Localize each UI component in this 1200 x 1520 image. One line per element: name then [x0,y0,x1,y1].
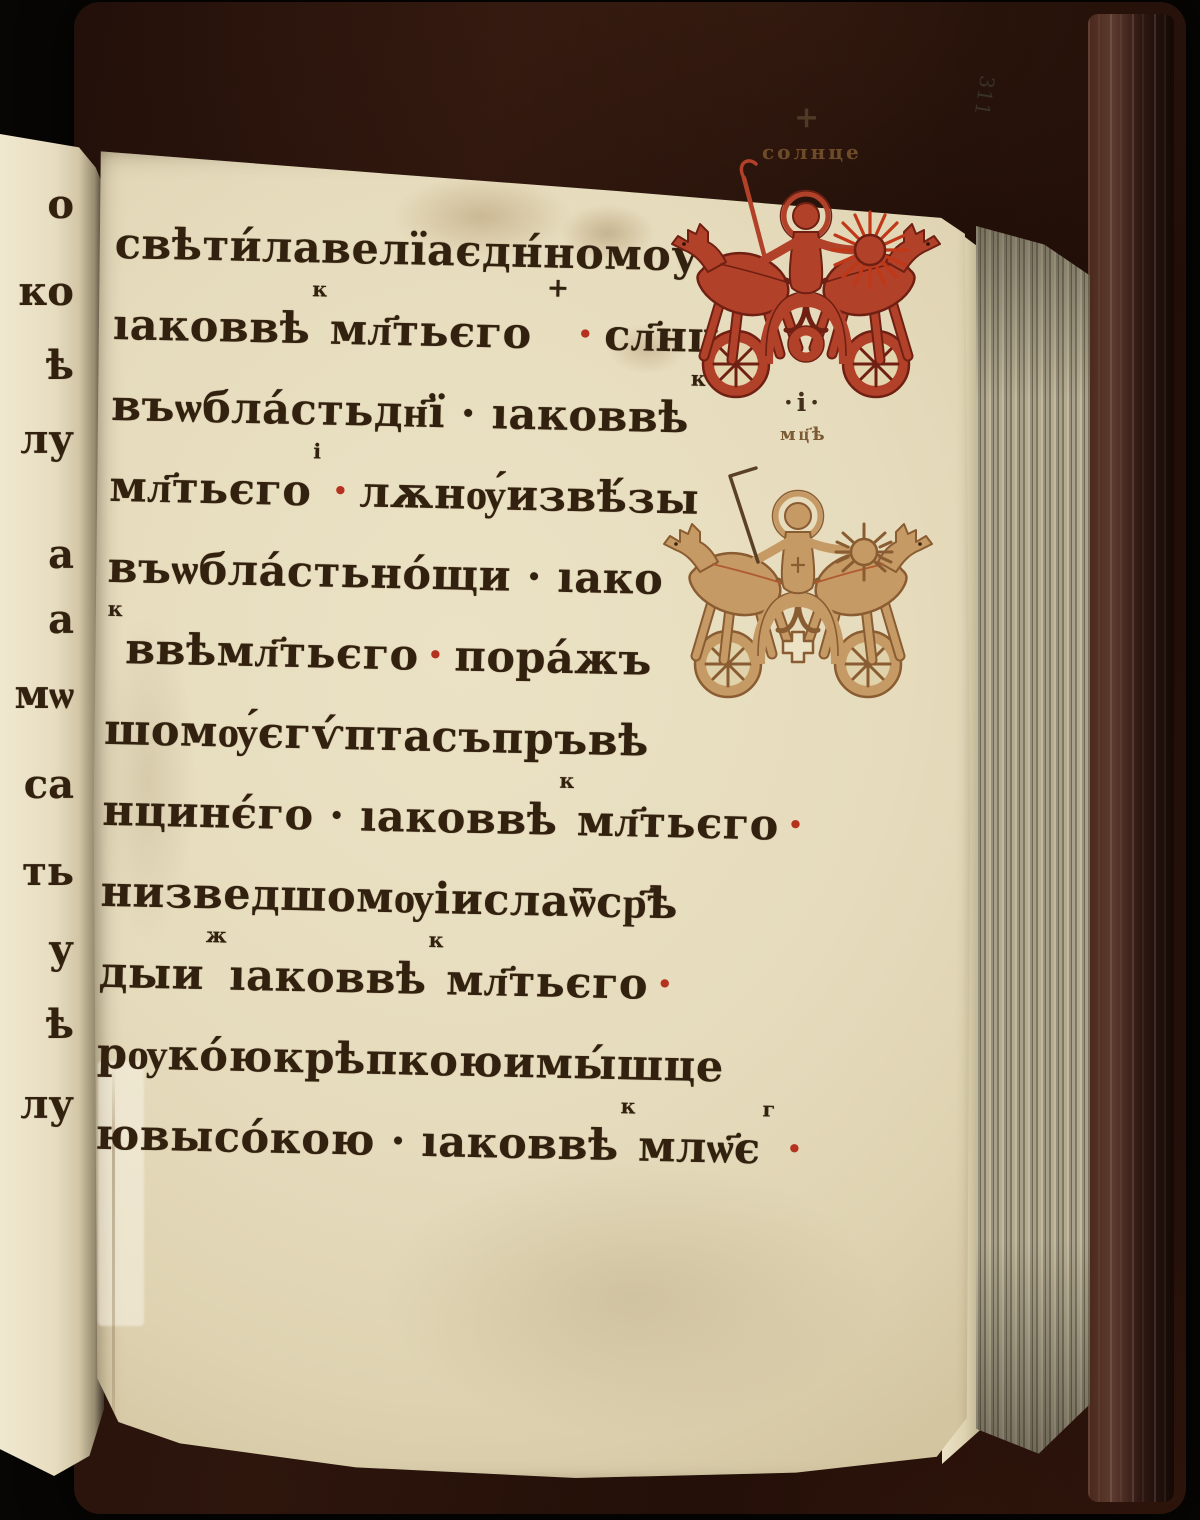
rubric-dot: • [657,970,673,998]
chariot-ring [793,331,819,357]
left-page-text-fragment: мѡ [2,675,74,715]
text-segment: въѡбла́стьно́щи [107,543,511,602]
rider-staff [744,178,766,262]
text-segment: млѡ҃є [638,1122,762,1175]
left-page-text-fragment: у [2,930,74,970]
manuscript-text-line: низведшомѹіислаѿср҃ѣ [100,836,820,933]
manuscript-text-line: ювысо́кою · ıаковвѣкмлѡ҃єг• [95,1079,815,1176]
rider-staff [730,468,758,562]
text-segment: ювысо́кою [95,1110,376,1166]
text-segment: ввѣмл҃тьєго [125,624,420,680]
text-segment: к [620,1094,636,1118]
text-segment: мл҃тьєго [576,796,779,850]
rubric-dot: • [788,811,804,839]
left-page-text-fragment: о [2,185,74,225]
text-segment: к [108,597,124,621]
manuscript-text-line: рѹко́юкрѣпкоюимы́шце [97,998,817,1095]
text-segment: г [762,1097,776,1121]
text-segment: к [428,928,444,952]
left-page-text-fragment: ть [2,852,74,892]
rubric-dot: • [428,641,444,669]
text-segment: ıаковвѣ [112,300,310,354]
text-segment: ıаковвѣ [421,1117,619,1171]
rubric-dot: • [787,1135,803,1163]
sun-chariot-illustration [650,152,962,422]
text-segment: ıаковвѣ [229,951,427,1005]
text-segment: ж [206,923,228,947]
cross-mark: + [794,100,822,135]
inline-cross-mark: + [546,272,570,303]
rubric-dot: • [333,477,349,505]
left-page-text-fragment: ѣ [2,346,74,386]
fore-edge-page-stack [976,226,1090,1466]
left-page-text-fragment: са [2,765,74,805]
text-segment: к [312,277,328,301]
manuscript-text-line: дыижıаковвѣкмл҃тьєго• [98,917,818,1014]
text-segment: нцинє́го [102,786,314,841]
parchment-stain [382,1156,882,1436]
moon-caption: мц҃ѣ [780,424,828,445]
text-segment: · [374,1116,422,1167]
left-page-text-fragment: лу [2,420,74,460]
moon-disk [836,524,892,580]
rubric-dot: • [577,320,593,348]
left-page-text-fragment: а [2,535,74,575]
text-segment: · [313,790,361,841]
left-page-text-fragment: ѣ [2,1005,74,1045]
text-segment: ıаковвѣ [360,791,558,845]
leather-spine-edge [1088,14,1174,1502]
left-page-sliver: окоѣлуаамѡсатьуѣлу [0,134,104,1476]
text-segment: · [510,552,558,603]
sun-disk [832,212,908,288]
moon-chariot-illustration [642,452,954,718]
text-segment: дыи [98,948,204,1000]
text-segment: мл҃тьєго [446,955,649,1009]
text-segment: пора́жъ [454,631,653,685]
rider-head [793,203,819,229]
text-segment: мл҃тьєго [109,462,312,516]
text-segment: · [445,388,493,439]
left-page-text-fragment: лу [2,1085,74,1125]
text-segment: к [559,769,575,793]
left-page-text-fragment: ко [2,272,74,312]
manuscript-photo: { "book": { "folio_number": "311", "colo… [0,0,1200,1520]
text-segment: і [313,439,322,463]
manuscript-text-line: нцинє́го · ıаковвѣкмл҃тьєго• [102,755,822,852]
text-segment: мл҃тьєго [329,305,532,359]
left-page-text-fragment: а [2,600,74,640]
text-segment: въѡбла́стьдн҃ї [111,381,446,438]
rider-head [785,503,811,529]
